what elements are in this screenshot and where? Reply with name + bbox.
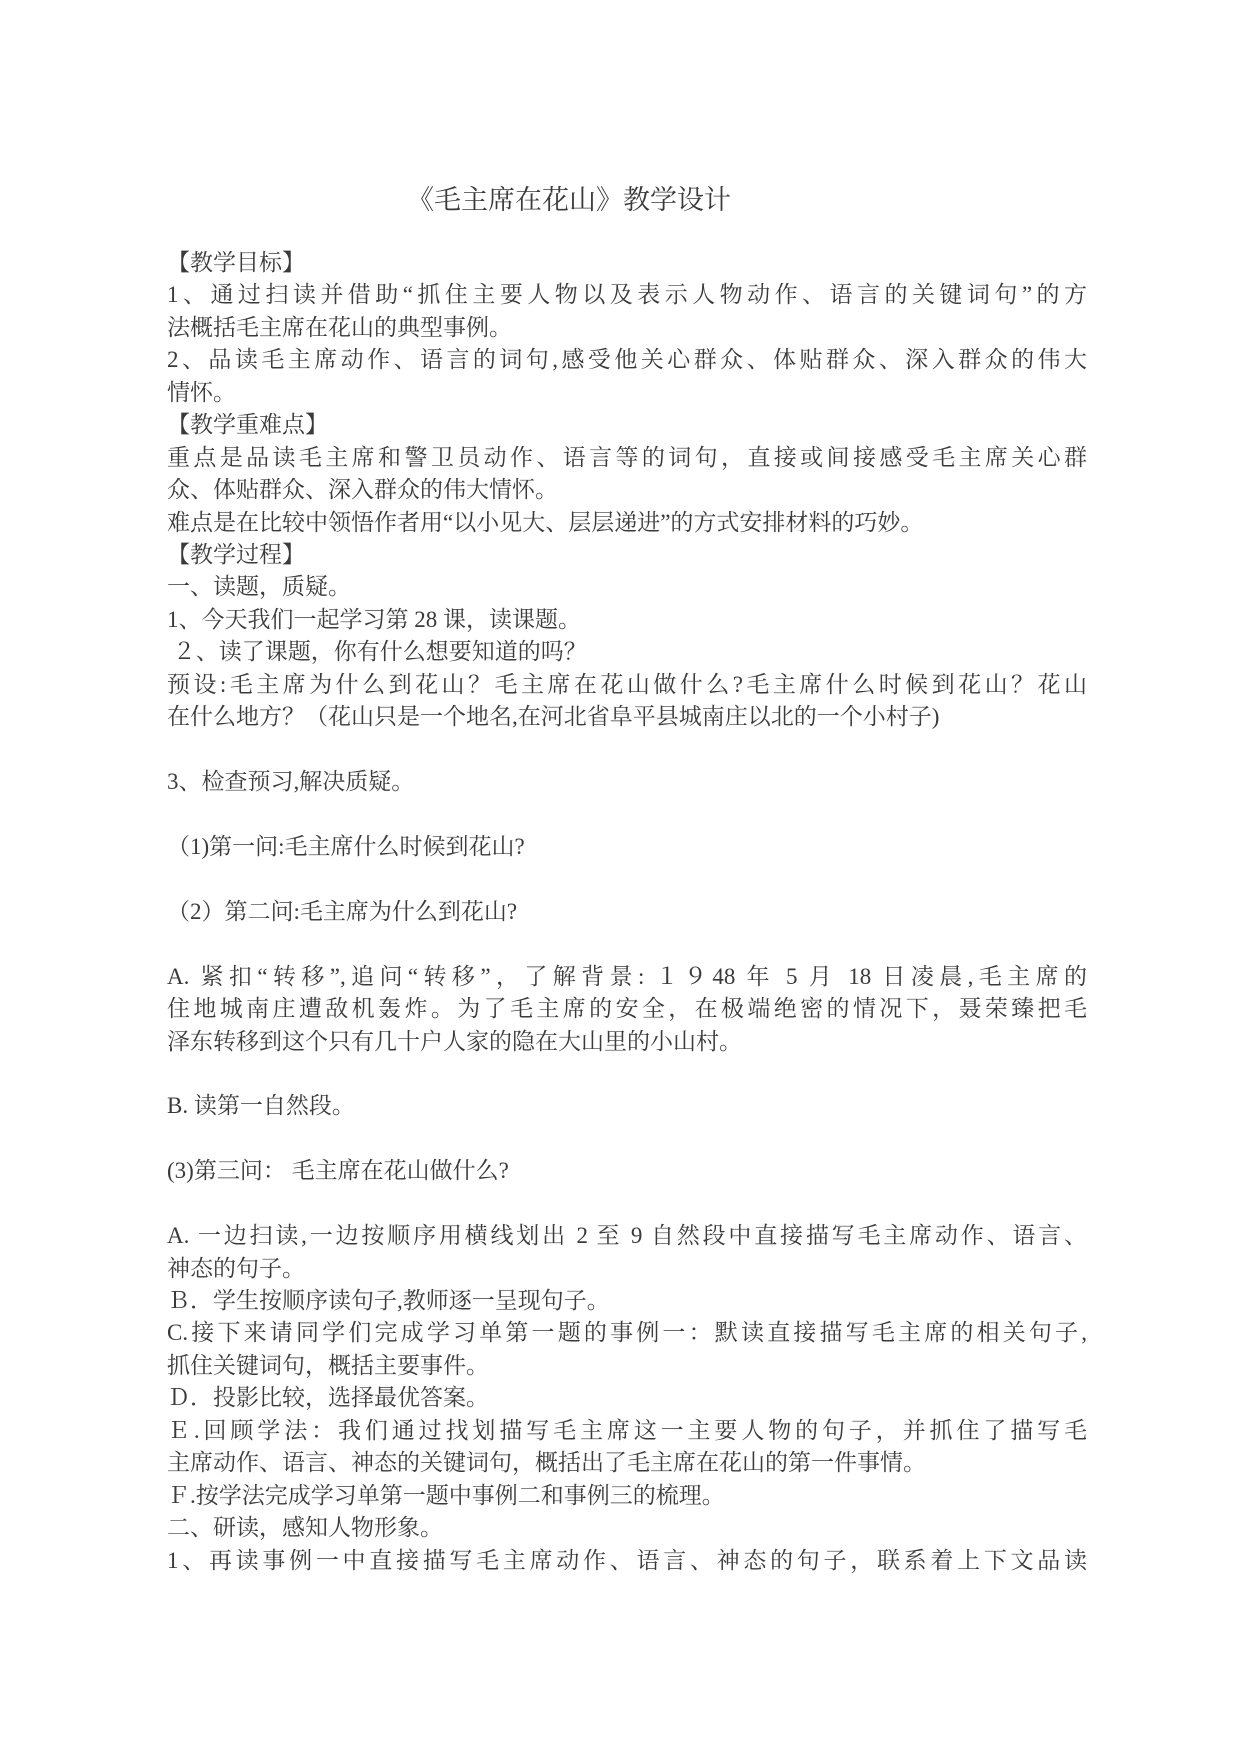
text-line: 泽东转移到这个只有几十户人家的隐在大山里的小山村。: [167, 1026, 1087, 1058]
blank-line: [167, 1058, 1087, 1090]
blank-line: [167, 863, 1087, 895]
text-line: A. 紧扣“转移”,追问“转移”，了解背景: １９48 年 5 月 18 日凌晨…: [167, 961, 1087, 993]
text-line: C.接下来请同学们完成学习单第一题的事例一：默读直接描写毛主席的相关句子,: [167, 1317, 1087, 1349]
title-gap: [167, 218, 1087, 247]
text-line: 众、体贴群众、深入群众的伟大情怀。: [167, 474, 1087, 506]
text-line: 难点是在比较中领悟作者用“以小见大、层层递进”的方式安排材料的巧妙。: [167, 507, 1087, 539]
text-line: (3)第三问： 毛主席在花山做什么?: [167, 1155, 1087, 1187]
blank-line: [167, 1123, 1087, 1155]
text-line: （2）第二问:毛主席为什么到花山?: [167, 896, 1087, 928]
text-line: 3、检查预习,解决质疑。: [167, 766, 1087, 798]
text-line: 情怀。: [167, 377, 1087, 409]
section-heading-process: 【教学过程】: [167, 539, 1087, 571]
text-line: 抓住关键词句，概括主要事件。: [167, 1350, 1087, 1382]
text-line: 重点是品读毛主席和警卫员动作、语言等的词句，直接或间接感受毛主席关心群: [167, 442, 1087, 474]
text-line: 法概括毛主席在花山的典型事例。: [167, 312, 1087, 344]
text-line: （1)第一问:毛主席什么时候到花山?: [167, 831, 1087, 863]
text-line: 1、今天我们一起学习第 28 课，读课题。: [167, 604, 1087, 636]
text-line: 住地城南庄遭敌机轰炸。为了毛主席的安全，在极端绝密的情况下，聂荣臻把毛: [167, 993, 1087, 1025]
section-heading-key-points: 【教学重难点】: [167, 409, 1087, 441]
text-line: ２、读了课题，你有什么想要知道的吗？: [167, 636, 1087, 668]
text-line: Ｆ.按学法完成学习单第一题中事例二和事例三的梳理。: [167, 1480, 1087, 1512]
text-line: 主席动作、语言、神态的关键词句，概括出了毛主席在花山的第一件事情。: [167, 1447, 1087, 1479]
document-title: 《毛主席在花山》教学设计: [109, 182, 1029, 218]
section-heading-objectives: 【教学目标】: [167, 247, 1087, 279]
text-line: 二、研读，感知人物形象。: [167, 1512, 1087, 1544]
text-line: 一、读题，质疑。: [167, 571, 1087, 603]
blank-line: [167, 1188, 1087, 1220]
document-body: 《毛主席在花山》教学设计 【教学目标】 1、通过扫读并借助“抓住主要人物以及表示…: [167, 182, 1087, 1577]
text-line: Ｅ.回顾学法：我们通过找划描写毛主席这一主要人物的句子，并抓住了描写毛: [167, 1415, 1087, 1447]
text-line: A. 一边扫读,一边按顺序用横线划出 2 至 9 自然段中直接描写毛主席动作、语…: [167, 1220, 1087, 1252]
text-line: 1、通过扫读并借助“抓住主要人物以及表示人物动作、语言的关键词句”的方: [167, 279, 1087, 311]
text-line: 预设:毛主席为什么到花山？毛主席在花山做什么?毛主席什么时候到花山？花山: [167, 669, 1087, 701]
text-line: 在什么地方？（花山只是一个地名,在河北省阜平县城南庄以北的一个小村子): [167, 701, 1087, 733]
text-line: 神态的句子。: [167, 1253, 1087, 1285]
text-line: 1、再读事例一中直接描写毛主席动作、语言、神态的句子，联系着上下文品读: [167, 1545, 1087, 1577]
blank-line: [167, 734, 1087, 766]
text-line: 2、品读毛主席动作、语言的词句,感受他关心群众、体贴群众、深入群众的伟大: [167, 344, 1087, 376]
blank-line: [167, 798, 1087, 830]
document-page: 《毛主席在花山》教学设计 【教学目标】 1、通过扫读并借助“抓住主要人物以及表示…: [0, 0, 1241, 1754]
text-line: Ｂ．学生按顺序读句子,教师逐一呈现句子。: [167, 1285, 1087, 1317]
text-line: Ｄ．投影比较，选择最优答案。: [167, 1382, 1087, 1414]
blank-line: [167, 928, 1087, 960]
text-line: B. 读第一自然段。: [167, 1090, 1087, 1122]
